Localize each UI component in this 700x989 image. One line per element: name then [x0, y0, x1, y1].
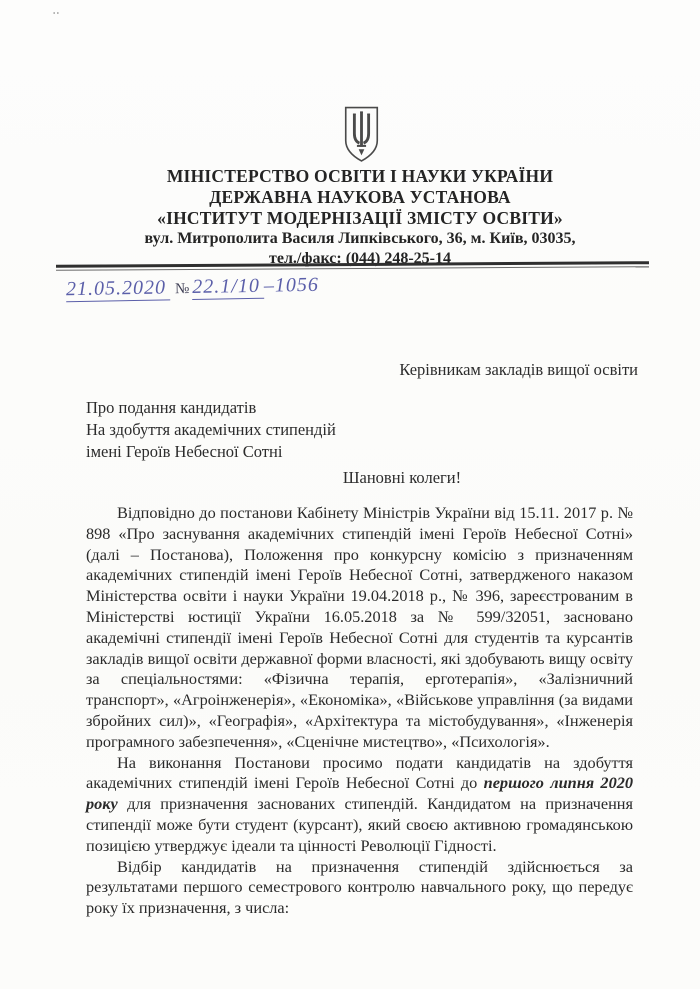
- scan-speck-mark: :: [51, 11, 63, 16]
- subject-block: Про подання кандидатів На здобуття акаде…: [86, 397, 336, 463]
- recipient-line: Керівникам закладів вищої освіти: [399, 360, 638, 380]
- paragraph-2: На виконання Постанови просимо подати ка…: [86, 753, 633, 857]
- paragraph-2-after: для призначення заснованих стипендій. Ка…: [86, 794, 633, 855]
- paragraph-3: Відбір кандидатів на призначення стипенд…: [86, 857, 633, 919]
- handwritten-reference-line: 21.05.2020№22.1/10–1056: [66, 274, 319, 301]
- letter-body: Відповідно до постанови Кабінету Міністр…: [86, 503, 633, 919]
- salutation: Шановні колеги!: [52, 468, 700, 488]
- handwritten-number-tail: –1056: [264, 274, 319, 297]
- subject-line: Про подання кандидатів: [86, 397, 336, 419]
- paragraph-1: Відповідно до постанови Кабінету Міністр…: [86, 503, 633, 753]
- ministry-name: МІНІСТЕРСТВО ОСВІТИ І НАУКИ УКРАЇНИ: [20, 166, 700, 187]
- institution-name: «ІНСТИТУТ МОДЕРНІЗАЦІЇ ЗМІСТУ ОСВІТИ»: [20, 208, 700, 229]
- subject-line: імені Героїв Небесної Сотні: [86, 441, 336, 463]
- institution-address: вул. Митрополита Василя Липківського, 36…: [20, 229, 700, 249]
- letterhead: МІНІСТЕРСТВО ОСВІТИ І НАУКИ УКРАЇНИ ДЕРЖ…: [20, 166, 700, 269]
- scanned-letter-page: : МІНІСТЕРСТВО ОСВІТИ І НАУКИ УКРАЇНИ ДЕ…: [0, 0, 700, 989]
- subject-line: На здобуття академічних стипендій: [86, 419, 336, 441]
- handwritten-date: 21.05.2020: [66, 276, 170, 302]
- handwritten-number: 22.1/10: [192, 275, 264, 300]
- ukraine-trident-emblem-icon: [343, 105, 380, 164]
- institution-type: ДЕРЖАВНА НАУКОВА УСТАНОВА: [20, 187, 700, 208]
- number-sign: №: [175, 281, 190, 297]
